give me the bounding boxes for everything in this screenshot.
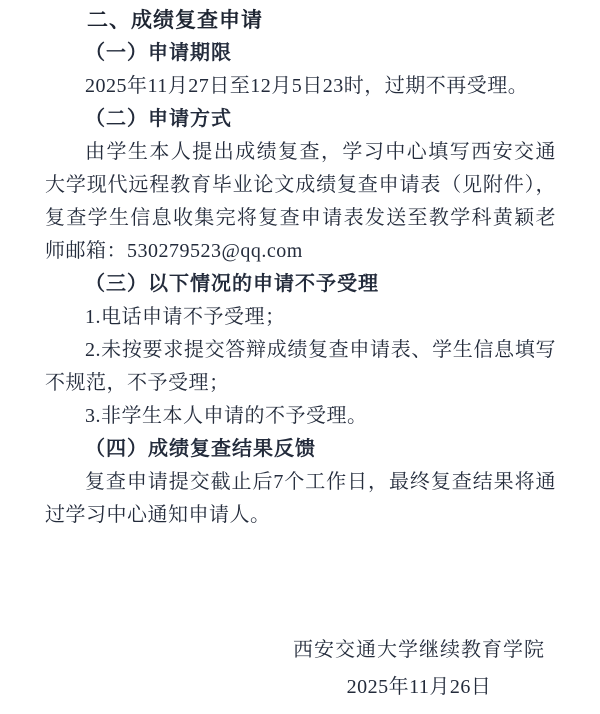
application-period-paragraph: 2025年11月27日至12月5日23时，过期不再受理。 [45, 70, 556, 103]
not-accepted-item-1: 1.电话申请不予受理； [45, 301, 556, 334]
signature-block: 西安交通大学继续教育学院 2025年11月26日 [45, 632, 545, 706]
result-feedback-paragraph: 复查申请提交截止后7个工作日，最终复查结果将通过学习中心通知申请人。 [45, 466, 556, 532]
signature-inner: 西安交通大学继续教育学院 2025年11月26日 [293, 632, 545, 706]
section-heading-result-feedback: （四）成绩复查结果反馈 [45, 433, 556, 466]
not-accepted-item-3: 3.非学生本人申请的不予受理。 [45, 400, 556, 433]
notice-document-page: 二、成绩复查申请 （一）申请期限 2025年11月27日至12月5日23时，过期… [0, 0, 600, 714]
not-accepted-item-2: 2.未按要求提交答辩成绩复查申请表、学生信息填写不规范，不予受理； [45, 334, 556, 400]
signature-date: 2025年11月26日 [293, 669, 545, 706]
signature-organization: 西安交通大学继续教育学院 [293, 632, 545, 669]
email-address: 530279523@qq.com [127, 240, 303, 262]
document-title: 二、成绩复查申请 [45, 4, 556, 37]
section-heading-application-period: （一）申请期限 [45, 37, 556, 70]
section-heading-not-accepted-cases: （三）以下情况的申请不予受理 [45, 268, 556, 301]
application-method-paragraph: 由学生本人提出成绩复查，学习中心填写西安交通大学现代远程教育毕业论文成绩复查申请… [45, 136, 556, 268]
section-heading-application-method: （二）申请方式 [45, 103, 556, 136]
